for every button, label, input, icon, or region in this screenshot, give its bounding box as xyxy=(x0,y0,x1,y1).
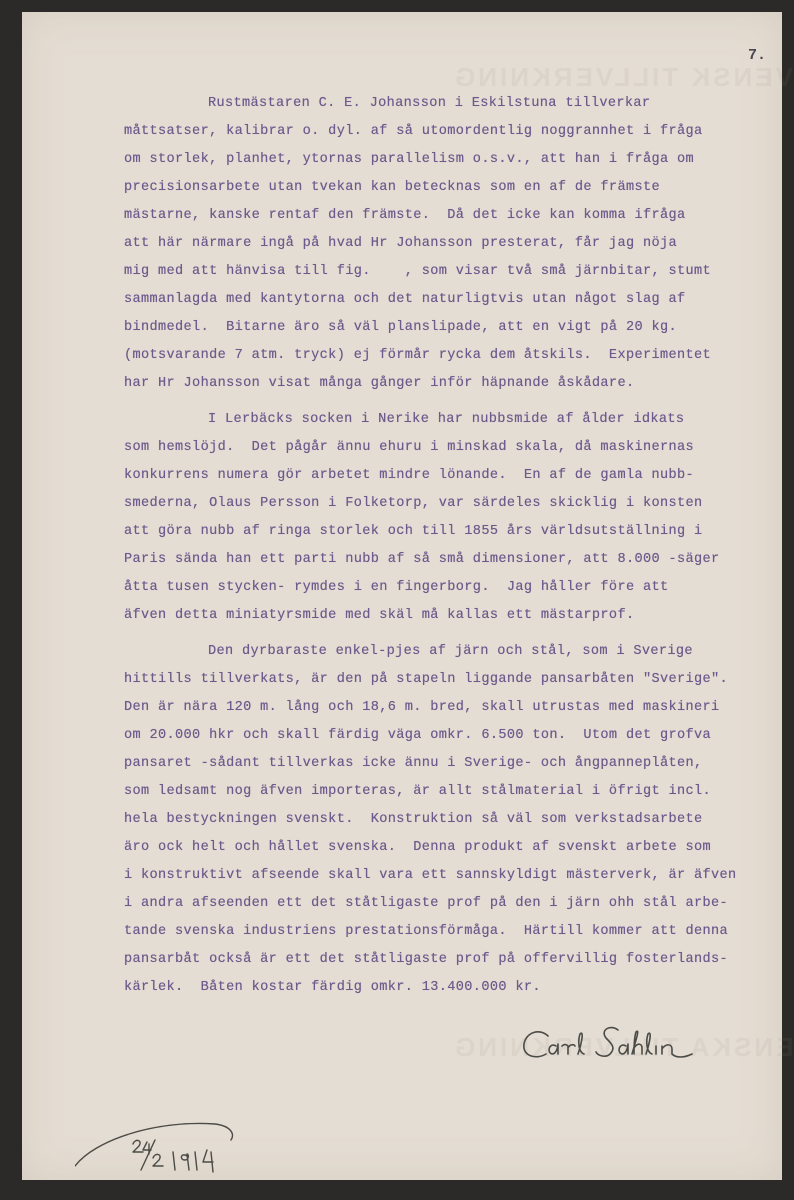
text-line: som hemslöjd. Det pågår ännu ehuru i min… xyxy=(124,440,694,464)
text-line: bindmedel. Bitarne äro så väl planslipad… xyxy=(124,320,677,344)
text-line: tande svenska industriens prestationsför… xyxy=(124,924,728,948)
text-line: i konstruktivt afseende skall vara ett s… xyxy=(124,868,737,892)
text-line: att göra nubb af ringa storlek och till … xyxy=(124,524,703,548)
text-line: kärlek. Båten kostar färdig omkr. 13.400… xyxy=(124,980,541,1004)
text-line: som ledsamt nog äfven importeras, är all… xyxy=(124,784,711,808)
text-line: i andra afseenden ett det ståtligaste pr… xyxy=(124,896,728,920)
text-line: äro ock helt och hållet svenska. Denna p… xyxy=(124,840,711,864)
show-through-text: SVENSK TILLVERKNING xyxy=(452,62,794,93)
text-line: (motsvarande 7 atm. tryck) ej förmår ryc… xyxy=(124,348,711,372)
text-line: I Lerbäcks socken i Nerike har nubbsmide… xyxy=(208,412,684,436)
text-line: pansaret -sådant tillverkas icke ännu i … xyxy=(124,756,703,780)
text-line: åtta tusen stycken- rymdes i en fingerbo… xyxy=(124,580,668,604)
text-line: pansarbåt också är ett det ståtligaste p… xyxy=(124,952,728,976)
text-line: Den är nära 120 m. lång och 18,6 m. bred… xyxy=(124,700,720,724)
text-line: precisionsarbete utan tvekan kan beteckn… xyxy=(124,180,660,204)
text-line: om storlek, planhet, ytornas parallelism… xyxy=(124,152,694,176)
text-line: smederna, Olaus Persson i Folketorp, var… xyxy=(124,496,703,520)
text-line: Paris sända han ett parti nubb af så små… xyxy=(124,552,720,576)
signature: Carl Sahlin xyxy=(520,1022,710,1068)
page-number: 7. xyxy=(748,47,766,64)
text-line: hela bestyckningen svenskt. Konstruktion… xyxy=(124,812,703,836)
text-line: äfven detta miniatyrsmide med skäl må ka… xyxy=(124,608,634,632)
handwritten-date: 24/2 1914 xyxy=(75,1110,245,1180)
text-line: mig med att hänvisa till fig. , som visa… xyxy=(124,264,711,288)
text-line: har Hr Johansson visat många gånger infö… xyxy=(124,376,634,400)
text-line: om 20.000 hkr och skall färdig väga omkr… xyxy=(124,728,711,752)
text-line: att här närmare ingå på hvad Hr Johansso… xyxy=(124,236,677,260)
text-line: Den dyrbaraste enkel-pjes af järn och st… xyxy=(208,644,693,668)
text-line: Rustmästaren C. E. Johansson i Eskilstun… xyxy=(208,96,650,120)
text-line: måttsatser, kalibrar o. dyl. af så utomo… xyxy=(124,124,703,148)
text-line: mästarne, kanske rentaf den främste. Då … xyxy=(124,208,686,232)
text-line: hittills tillverkats, är den på stapeln … xyxy=(124,672,728,696)
text-line: sammanlagda med kantytorna och det natur… xyxy=(124,292,686,316)
text-line: konkurrens numera gör arbetet mindre lön… xyxy=(124,468,694,492)
